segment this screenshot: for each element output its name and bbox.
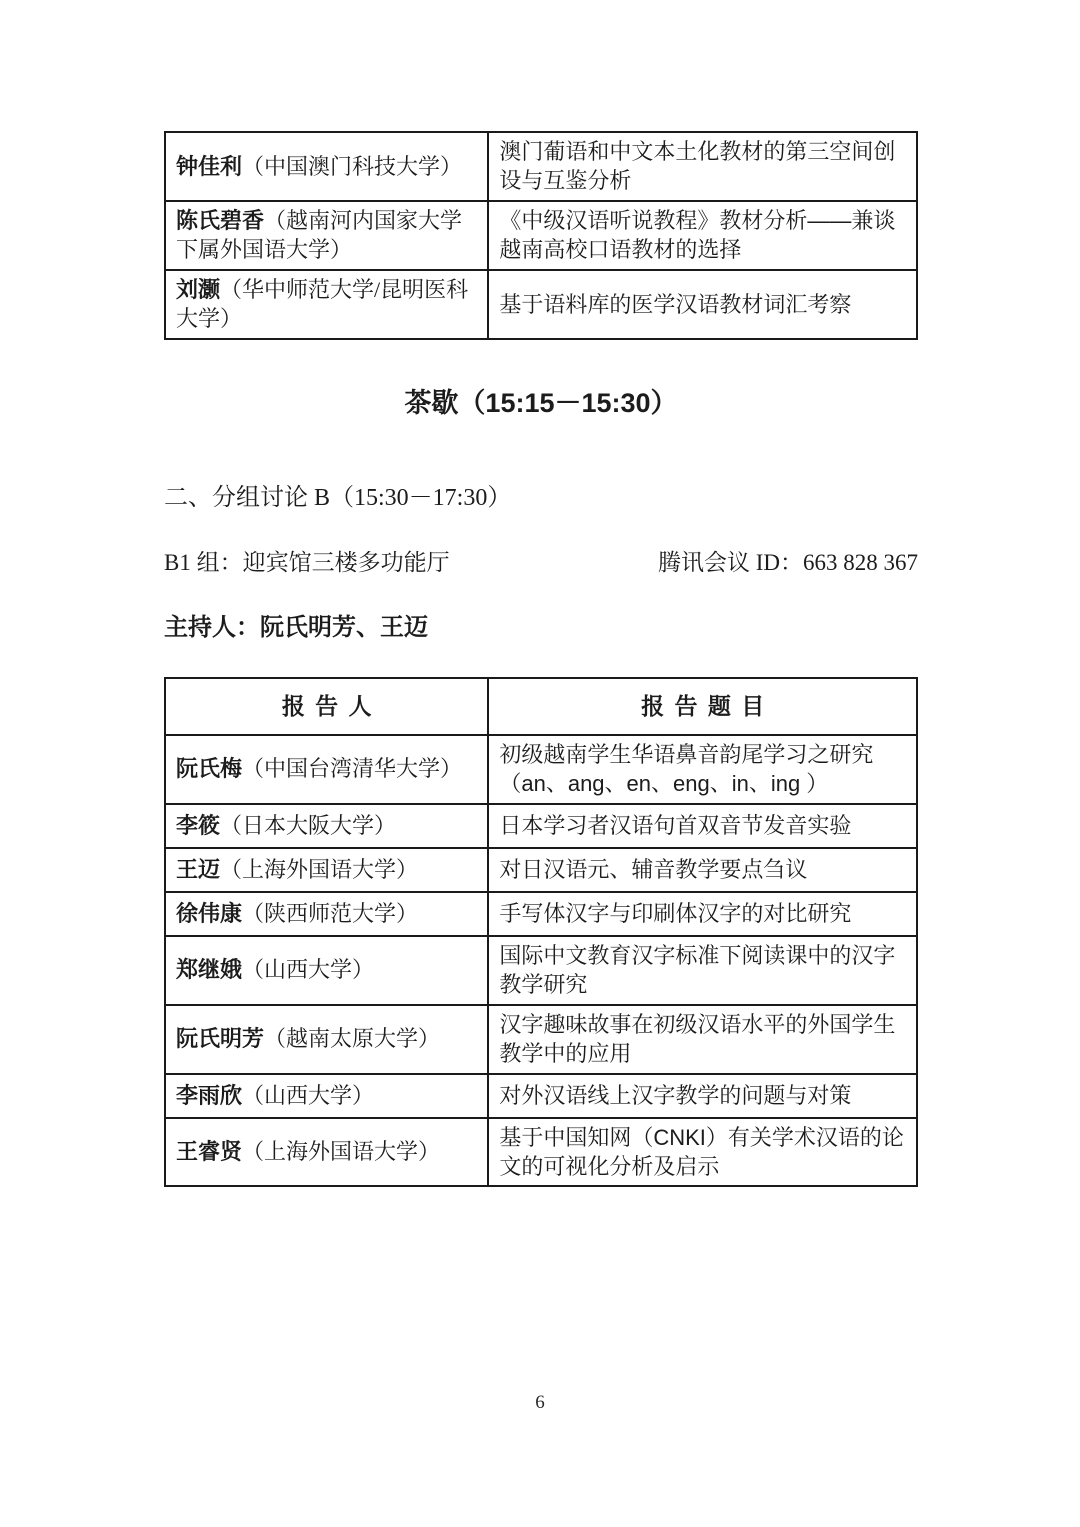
table-header-row: 报告人 报告题目 — [165, 678, 917, 735]
speaker-name: 陈氏碧香 — [176, 208, 264, 233]
table-row: 陈氏碧香（越南河内国家大学下属外国语大学） 《中级汉语听说教程》教材分析——兼谈… — [165, 201, 917, 270]
table-row: 王睿贤（上海外国语大学） 基于中国知网（CNKI）有关学术汉语的论文的可视化分析… — [165, 1118, 917, 1187]
speaker-name: 李筱 — [176, 813, 220, 838]
table-row: 阮氏明芳（越南太原大学） 汉字趣味故事在初级汉语水平的外国学生教学中的应用 — [165, 1005, 917, 1074]
continuation-table: 钟佳利（中国澳门科技大学） 澳门葡语和中文本土化教材的第三空间创设与互鉴分析 陈… — [164, 131, 918, 340]
speaker-cell: 阮氏明芳（越南太原大学） — [165, 1005, 488, 1074]
speaker-cell: 王迈（上海外国语大学） — [165, 848, 488, 892]
topic-cell: 对外汉语线上汉字教学的问题与对策 — [488, 1074, 917, 1118]
page-number: 6 — [0, 1392, 1080, 1414]
speaker-affiliation: （上海外国语大学） — [220, 857, 418, 882]
tea-break-heading: 茶歇（15:15－15:30） — [164, 386, 918, 421]
group-room: B1 组：迎宾馆三楼多功能厅 — [164, 544, 450, 577]
topic-cell: 国际中文教育汉字标准下阅读课中的汉字教学研究 — [488, 936, 917, 1005]
table-row: 李雨欣（山西大学） 对外汉语线上汉字教学的问题与对策 — [165, 1074, 917, 1118]
speaker-cell: 李筱（日本大阪大学） — [165, 804, 488, 848]
speaker-affiliation: （日本大阪大学） — [220, 813, 396, 838]
room-line: B1 组：迎宾馆三楼多功能厅 腾讯会议 ID：663 828 367 — [164, 544, 918, 577]
topic-cell: 基于语料库的医学汉语教材词汇考察 — [488, 270, 917, 339]
speaker-name: 王睿贤 — [176, 1139, 242, 1164]
speaker-affiliation: （陕西师范大学） — [242, 901, 418, 926]
table-row: 徐伟康（陕西师范大学） 手写体汉字与印刷体汉字的对比研究 — [165, 892, 917, 936]
topic-cell: 《中级汉语听说教程》教材分析——兼谈越南高校口语教材的选择 — [488, 201, 917, 270]
speaker-affiliation: （华中师范大学/昆明医科大学） — [176, 277, 468, 331]
table-row: 刘灏（华中师范大学/昆明医科大学） 基于语料库的医学汉语教材词汇考察 — [165, 270, 917, 339]
speaker-name: 郑继娥 — [176, 957, 242, 982]
document-page: 钟佳利（中国澳门科技大学） 澳门葡语和中文本土化教材的第三空间创设与互鉴分析 陈… — [164, 0, 918, 1187]
table-row: 李筱（日本大阪大学） 日本学习者汉语句首双音节发音实验 — [165, 804, 917, 848]
speaker-name: 王迈 — [176, 857, 220, 882]
header-title: 报告题目 — [488, 678, 917, 735]
host-line: 主持人：阮氏明芳、王迈 — [164, 607, 918, 642]
topic-cell: 初级越南学生华语鼻音韵尾学习之研究（an、ang、en、eng、in、ing ） — [488, 735, 917, 804]
speaker-name: 刘灏 — [176, 277, 220, 302]
speaker-cell: 徐伟康（陕西师范大学） — [165, 892, 488, 936]
speaker-name: 阮氏明芳 — [176, 1026, 264, 1051]
header-speaker: 报告人 — [165, 678, 488, 735]
speaker-cell: 钟佳利（中国澳门科技大学） — [165, 132, 488, 201]
session-heading: 二、分组讨论 B（15:30－17:30） — [164, 477, 918, 512]
host-label: 主持人： — [164, 614, 260, 641]
speaker-affiliation: （山西大学） — [242, 957, 374, 982]
topic-cell: 澳门葡语和中文本土化教材的第三空间创设与互鉴分析 — [488, 132, 917, 201]
table-row: 郑继娥（山西大学） 国际中文教育汉字标准下阅读课中的汉字教学研究 — [165, 936, 917, 1005]
topic-cell: 对日汉语元、辅音教学要点刍议 — [488, 848, 917, 892]
speaker-name: 徐伟康 — [176, 901, 242, 926]
speaker-cell: 阮氏梅（中国台湾清华大学） — [165, 735, 488, 804]
topic-cell: 日本学习者汉语句首双音节发音实验 — [488, 804, 917, 848]
speaker-name: 李雨欣 — [176, 1083, 242, 1108]
topic-cell: 手写体汉字与印刷体汉字的对比研究 — [488, 892, 917, 936]
meeting-id: 腾讯会议 ID：663 828 367 — [658, 544, 918, 577]
speaker-affiliation: （中国台湾清华大学） — [242, 756, 462, 781]
speaker-name: 阮氏梅 — [176, 756, 242, 781]
speaker-affiliation: （山西大学） — [242, 1083, 374, 1108]
speaker-cell: 陈氏碧香（越南河内国家大学下属外国语大学） — [165, 201, 488, 270]
speaker-affiliation: （上海外国语大学） — [242, 1139, 440, 1164]
speaker-cell: 王睿贤（上海外国语大学） — [165, 1118, 488, 1187]
speaker-cell: 刘灏（华中师范大学/昆明医科大学） — [165, 270, 488, 339]
table-row: 阮氏梅（中国台湾清华大学） 初级越南学生华语鼻音韵尾学习之研究（an、ang、e… — [165, 735, 917, 804]
speaker-name: 钟佳利 — [176, 154, 242, 179]
speaker-cell: 郑继娥（山西大学） — [165, 936, 488, 1005]
presentation-table: 报告人 报告题目 阮氏梅（中国台湾清华大学） 初级越南学生华语鼻音韵尾学习之研究… — [164, 677, 918, 1188]
speaker-cell: 李雨欣（山西大学） — [165, 1074, 488, 1118]
speaker-affiliation: （中国澳门科技大学） — [242, 154, 462, 179]
topic-cell: 基于中国知网（CNKI）有关学术汉语的论文的可视化分析及启示 — [488, 1118, 917, 1187]
topic-cell: 汉字趣味故事在初级汉语水平的外国学生教学中的应用 — [488, 1005, 917, 1074]
host-names: 阮氏明芳、王迈 — [260, 614, 428, 641]
table-row: 钟佳利（中国澳门科技大学） 澳门葡语和中文本土化教材的第三空间创设与互鉴分析 — [165, 132, 917, 201]
speaker-affiliation: （越南太原大学） — [264, 1026, 440, 1051]
table-row: 王迈（上海外国语大学） 对日汉语元、辅音教学要点刍议 — [165, 848, 917, 892]
